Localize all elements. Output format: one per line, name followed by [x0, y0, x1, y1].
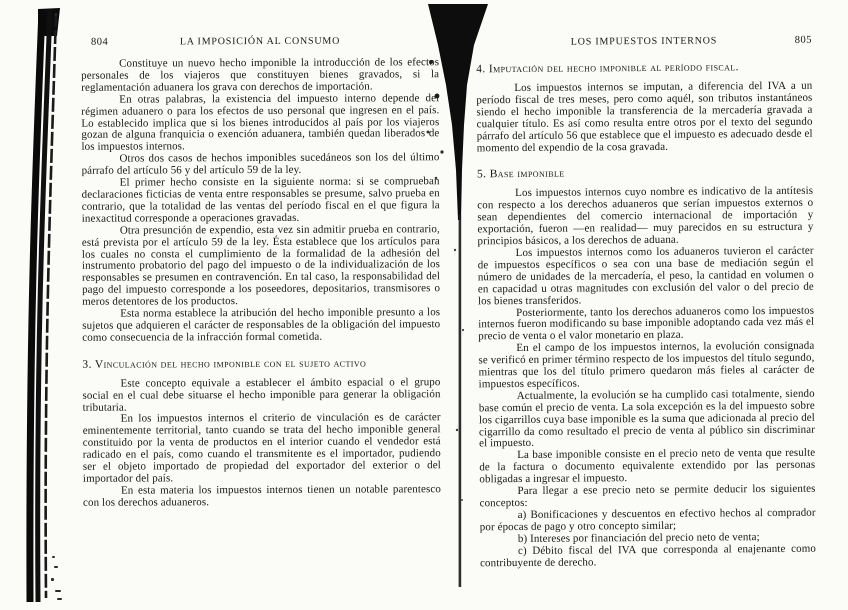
- left-page: 804 LA IMPOSICIÓN AL CONSUMO Constituye …: [81, 35, 441, 509]
- paragraph: Los impuestos internos se imputan, a dif…: [476, 81, 813, 155]
- paragraph: Posteriormente, tanto los derechos aduan…: [478, 305, 814, 343]
- left-page-number: 804: [91, 37, 108, 48]
- scan-speck: [55, 590, 61, 592]
- right-page: LOS IMPUESTOS INTERNOS 805 4. Imputación…: [476, 35, 816, 570]
- paragraph: En otras palabras, la existencia del imp…: [81, 93, 439, 154]
- section-heading: 5. Base imponible: [477, 166, 813, 181]
- paragraph: La base imponible consiste en el precio …: [479, 448, 815, 486]
- paragraph: Actualmente, la evolución se ha cumplido…: [479, 389, 815, 451]
- left-running-title: LA IMPOSICIÓN AL CONSUMO: [81, 35, 439, 48]
- paragraph: Los impuestos internos cuyo nombre es in…: [477, 186, 813, 248]
- left-page-body: Constituye un nuevo hecho imponible la i…: [81, 57, 441, 509]
- right-page-header: LOS IMPUESTOS INTERNOS 805: [476, 35, 812, 52]
- paragraph: Los impuestos internos como los aduanero…: [478, 246, 814, 308]
- paragraph: Esta norma establece la atribución del h…: [82, 307, 440, 344]
- right-page-number: 805: [795, 35, 812, 46]
- scanned-book-spread: 804 LA IMPOSICIÓN AL CONSUMO Constituye …: [0, 0, 848, 610]
- right-page-body: 4. Imputación del hecho imponible al per…: [476, 61, 816, 570]
- paragraph: El primer hecho consiste en la siguiente…: [82, 176, 440, 225]
- scan-speck: [51, 578, 54, 581]
- paragraph: Este concepto equivale a establecer el á…: [82, 377, 440, 414]
- paragraph: Otra presunción de expendio, esta vez si…: [82, 224, 440, 309]
- scan-speck: [57, 598, 62, 600]
- scan-speck: [54, 566, 58, 568]
- right-running-title: LOS IMPUESTOS INTERNOS: [476, 35, 812, 49]
- section-heading: 4. Imputación del hecho imponible al per…: [476, 61, 812, 76]
- scan-speck: [52, 556, 55, 558]
- paragraph: a) Bonificaciones y descuentos en efecti…: [480, 508, 816, 534]
- scan-speck: [55, 13, 57, 16]
- paragraph: Constituye un nuevo hecho imponible la i…: [81, 57, 439, 94]
- section-heading: 3. Vinculación del hecho imponible con e…: [82, 357, 440, 371]
- paragraph: En los impuestos internos el criterio de…: [83, 413, 441, 486]
- paragraph: En esta materia los impuestos internos t…: [83, 484, 441, 509]
- book-spine-artifact: [0, 0, 80, 610]
- paragraph: En el campo de los impuestos internos, l…: [478, 341, 814, 391]
- paragraph: Otros dos casos de hechos imponibles suc…: [81, 152, 439, 177]
- paragraph: c) Débito fiscal del IVA que corresponda…: [480, 543, 816, 569]
- left-page-header: 804 LA IMPOSICIÓN AL CONSUMO: [81, 35, 439, 51]
